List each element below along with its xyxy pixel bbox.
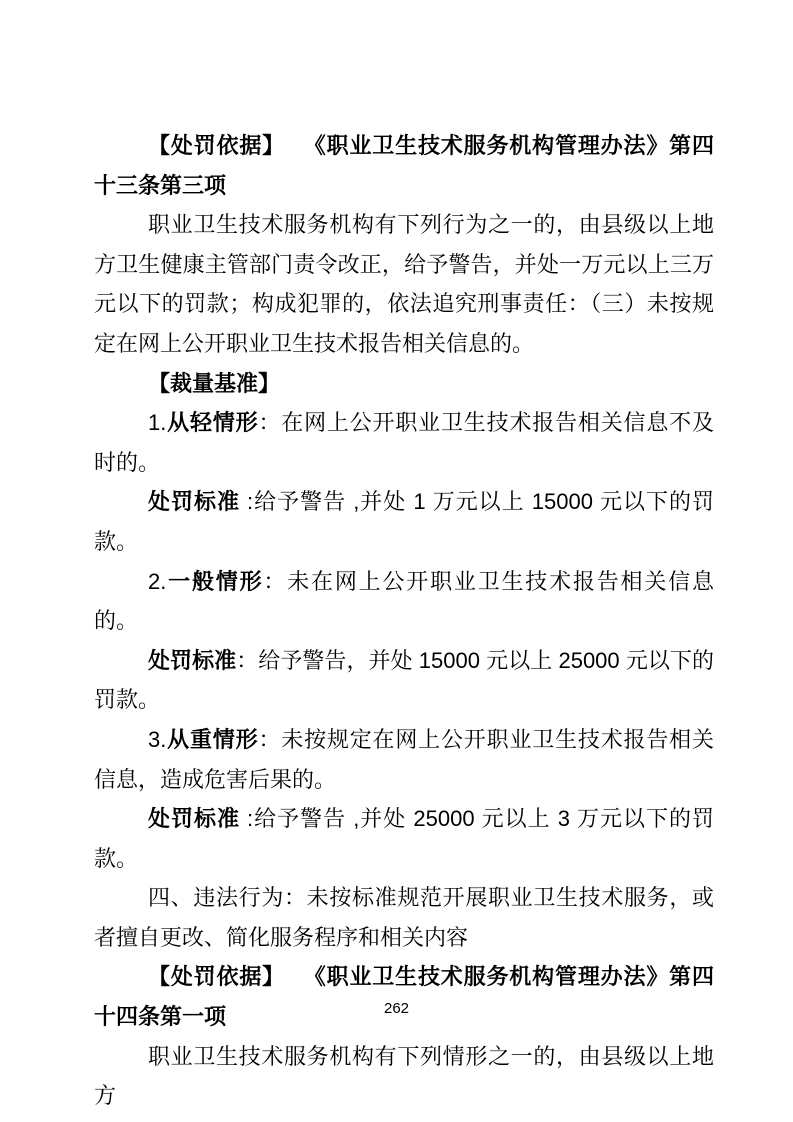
bold-text-run: 【裁量基准】 [148,371,280,396]
item-general-penalty-standard: 处罚标准：给予警告，并处 15000 元以上 25000 元以下的罚款。 [94,641,714,720]
item-severe-circumstance: 3.从重情形：未按规定在网上公开职业卫生技术报告相关信息，造成危害后果的。 [94,720,714,799]
item-lenient-circumstance: 1.从轻情形：在网上公开职业卫生技术报告相关信息不及时的。 [94,403,714,482]
bold-text-run: 【处罚依据】 《职业卫生技术服务机构管理办法》第四十三条第三项 [94,133,714,198]
text-run: 3. [148,727,166,752]
bold-text-run: 处罚标准 [148,648,236,673]
bold-text-run: 【处罚依据】 《职业卫生技术服务机构管理办法》第四十四条第一项 [94,964,714,1029]
body-violation-article-44: 职业卫生技术服务机构有下列情形之一的，由县级以上地方 [94,1037,714,1116]
text-run: 1. [148,410,166,435]
document-page: 【处罚依据】 《职业卫生技术服务机构管理办法》第四十三条第三项职业卫生技术服务机… [0,0,793,1122]
item-general-circumstance: 2.一般情形：未在网上公开职业卫生技术报告相关信息的。 [94,562,714,641]
heading-penalty-basis-article-44: 【处罚依据】 《职业卫生技术服务机构管理办法》第四十四条第一项 [94,957,714,1036]
text-run: 职业卫生技术服务机构有下列行为之一的，由县级以上地方卫生健康主管部门责令改正，给… [94,212,714,356]
heading-discretion-benchmark: 【裁量基准】 [94,364,714,404]
item-lenient-penalty-standard: 处罚标准 :给予警告 ,并处 1 万元以上 15000 元以下的罚款。 [94,482,714,561]
heading-penalty-basis-article-43: 【处罚依据】 《职业卫生技术服务机构管理办法》第四十三条第三项 [94,126,714,205]
body-violation-article-43: 职业卫生技术服务机构有下列行为之一的，由县级以上地方卫生健康主管部门责令改正，给… [94,205,714,363]
text-run: 2. [148,569,166,594]
bold-text-run: 处罚标准 [148,806,240,831]
text-run: 职业卫生技术服务机构有下列情形之一的，由县级以上地方 [94,1044,714,1109]
item-four-illegal-act: 四、违法行为：未按标准规范开展职业卫生技术服务，或者擅自更改、简化服务程序和相关… [94,878,714,957]
bold-text-run: 从重情形 [166,727,258,752]
page-number: 262 [384,1000,409,1017]
bold-text-run: 从轻情形 [166,410,258,435]
text-run: 四、违法行为：未按标准规范开展职业卫生技术服务，或者擅自更改、简化服务程序和相关… [94,885,714,950]
item-severe-penalty-standard: 处罚标准 :给予警告 ,并处 25000 元以上 3 万元以下的罚款。 [94,799,714,878]
document-body: 【处罚依据】 《职业卫生技术服务机构管理办法》第四十三条第三项职业卫生技术服务机… [94,126,714,1116]
bold-text-run: 一般情形 [166,569,263,594]
page-footer: 262 [0,1000,793,1018]
bold-text-run: 处罚标准 [148,489,240,514]
